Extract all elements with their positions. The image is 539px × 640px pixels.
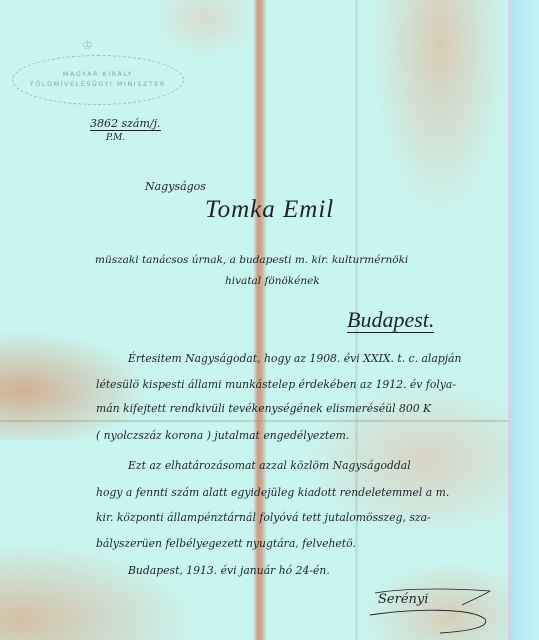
- recipient-title-line-1: müszaki tanácsos úrnak, a budapesti m. k…: [95, 254, 408, 266]
- aging-stain: [370, 0, 508, 220]
- recipient-city: Budapest.: [347, 308, 434, 333]
- aging-stain: [0, 540, 200, 640]
- stamp-text-line-2: FÖLDMÍVELÉSÜGYI MINISZTER: [13, 80, 183, 88]
- recipient-name: Tomka Emil: [205, 196, 334, 224]
- embossed-ministry-stamp: MAGYAR KIRÁLY FÖLDMÍVELÉSÜGYI MINISZTER: [12, 55, 184, 105]
- body-line: ( nyolczszáz korona ) jutalmat engedélye…: [96, 429, 349, 442]
- body-line: bályszerüen felbélyegezett nyugtára, fel…: [96, 537, 356, 550]
- horizontal-fold-crease: [0, 420, 508, 422]
- body-line: Ezt az elhatározásomat azzal közlöm Nagy…: [128, 459, 411, 472]
- body-line: mán kifejtett rendkivüli tevékenységének…: [96, 402, 431, 415]
- scan-backdrop: [512, 0, 539, 640]
- date-line: Budapest, 1913. évi január hó 24-én.: [128, 564, 330, 577]
- body-line: Értesitem Nagyságodat, hogy az 1908. évi…: [128, 352, 461, 365]
- body-line: hogy a fennti szám alatt egyidejüleg kia…: [96, 486, 449, 499]
- reference-initials: P.M.: [106, 133, 125, 143]
- stamp-text-line-1: MAGYAR KIRÁLY: [13, 70, 183, 78]
- body-line: kir. központi állampénztárnál folyóvá te…: [96, 511, 431, 524]
- signature: Serényi: [378, 592, 428, 607]
- letter-page: MAGYAR KIRÁLY FÖLDMÍVELÉSÜGYI MINISZTER …: [0, 0, 508, 640]
- salutation: Nagyságos: [145, 180, 206, 193]
- crown-emblem-icon: ♔: [82, 38, 93, 52]
- reference-number: 3862 szám/j.: [90, 118, 161, 131]
- recipient-title-line-2: hivatal fönökének: [225, 275, 320, 287]
- aging-stain: [150, 0, 260, 60]
- body-line: létesülö kispesti állami munkástelep érd…: [96, 378, 456, 391]
